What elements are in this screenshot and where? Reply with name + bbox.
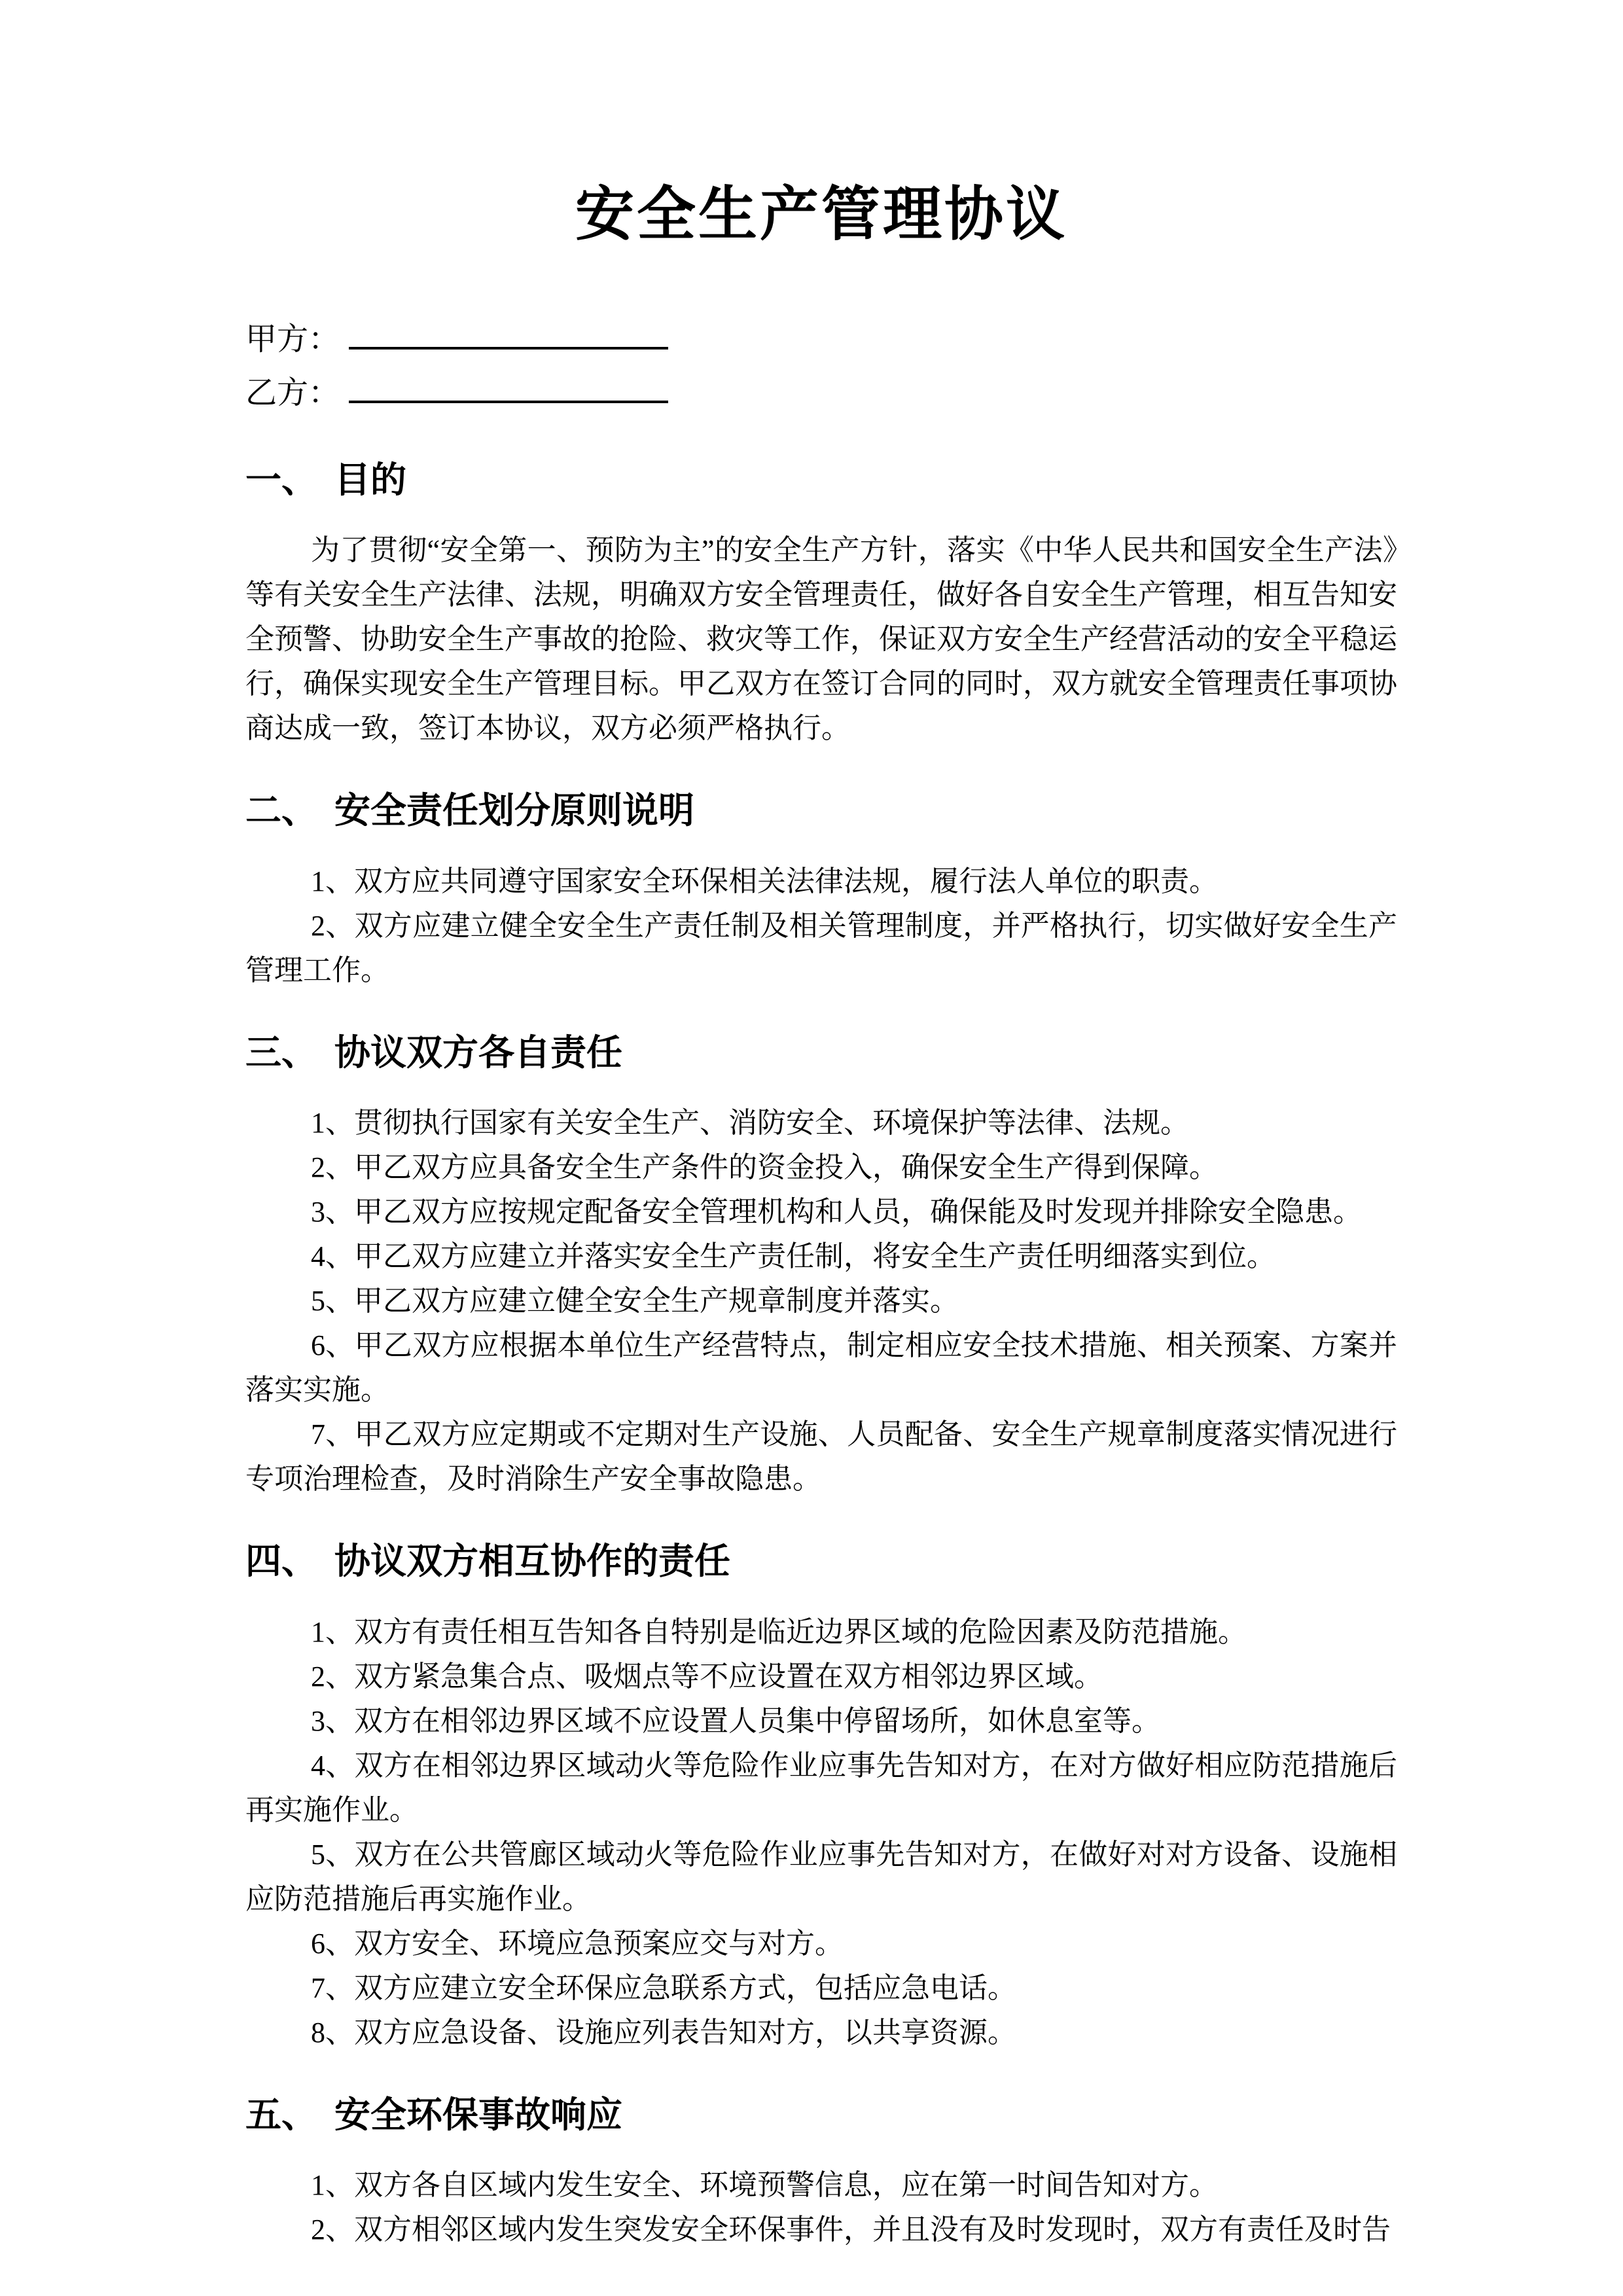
section-heading-number: 四、 bbox=[245, 1541, 317, 1581]
list-item: 2、双方应建立健全安全生产责任制及相关管理制度，并严格执行，切实做好安全生产管理… bbox=[245, 904, 1397, 993]
section-heading: 五、安全环保事故响应 bbox=[245, 2092, 1397, 2139]
section-heading-number: 三、 bbox=[245, 1033, 317, 1073]
section-heading-text: 协议双方各自责任 bbox=[334, 1033, 622, 1073]
section-heading-number: 五、 bbox=[245, 2095, 317, 2135]
party-a-row: 甲方： bbox=[245, 313, 1397, 367]
party-b-label: 乙方： bbox=[245, 367, 340, 420]
section-heading-number: 二、 bbox=[245, 791, 317, 831]
list-item: 1、双方各自区域内发生安全、环境预警信息，应在第一时间告知对方。 bbox=[245, 2163, 1397, 2208]
party-b-blank-line bbox=[349, 368, 668, 403]
list-item: 8、双方应急设备、设施应列表告知对方，以共享资源。 bbox=[245, 2011, 1397, 2055]
section-heading-text: 安全环保事故响应 bbox=[334, 2095, 622, 2135]
party-block: 甲方： 乙方： bbox=[245, 313, 1397, 420]
document-page: 安全生产管理协议 甲方： 乙方： 一、目的 为了贯彻“安全第一、预防为主”的安全… bbox=[0, 0, 1623, 2296]
list-item: 4、双方在相邻边界区域动火等危险作业应事先告知对方，在对方做好相应防范措施后再实… bbox=[245, 1744, 1397, 1833]
section-paragraph: 为了贯彻“安全第一、预防为主”的安全生产方针，落实《中华人民共和国安全生产法》等… bbox=[245, 528, 1397, 751]
list-item: 7、甲乙双方应定期或不定期对生产设施、人员配备、安全生产规章制度落实情况进行专项… bbox=[245, 1412, 1397, 1501]
list-item: 4、甲乙双方应建立并落实安全生产责任制，将安全生产责任明细落实到位。 bbox=[245, 1234, 1397, 1279]
section-heading: 三、协议双方各自责任 bbox=[245, 1030, 1397, 1077]
section-heading-text: 协议双方相互协作的责任 bbox=[334, 1541, 730, 1581]
party-a-blank-line bbox=[349, 314, 668, 350]
section-heading-number: 一、 bbox=[245, 460, 317, 500]
list-item: 1、双方有责任相互告知各自特别是临近边界区域的危险因素及防范措施。 bbox=[245, 1610, 1397, 1655]
section-heading-text: 安全责任划分原则说明 bbox=[334, 791, 694, 831]
list-item: 5、甲乙双方应建立健全安全生产规章制度并落实。 bbox=[245, 1279, 1397, 1323]
document-title: 安全生产管理协议 bbox=[245, 175, 1397, 255]
list-item: 2、双方紧急集合点、吸烟点等不应设置在双方相邻边界区域。 bbox=[245, 1655, 1397, 1699]
list-item: 6、甲乙双方应根据本单位生产经营特点，制定相应安全技术措施、相关预案、方案并落实… bbox=[245, 1323, 1397, 1412]
section-incident-response: 五、安全环保事故响应 1、双方各自区域内发生安全、环境预警信息，应在第一时间告知… bbox=[245, 2092, 1397, 2253]
section-purpose: 一、目的 为了贯彻“安全第一、预防为主”的安全生产方针，落实《中华人民共和国安全… bbox=[245, 457, 1397, 751]
section-mutual-cooperation: 四、协议双方相互协作的责任 1、双方有责任相互告知各自特别是临近边界区域的危险因… bbox=[245, 1538, 1397, 2055]
section-responsibility-division: 二、安全责任划分原则说明 1、双方应共同遵守国家安全环保相关法律法规，履行法人单… bbox=[245, 787, 1397, 993]
list-item: 3、双方在相邻边界区域不应设置人员集中停留场所，如休息室等。 bbox=[245, 1699, 1397, 1744]
list-item: 3、甲乙双方应按规定配备安全管理机构和人员，确保能及时发现并排除安全隐患。 bbox=[245, 1190, 1397, 1234]
list-item: 1、双方应共同遵守国家安全环保相关法律法规，履行法人单位的职责。 bbox=[245, 859, 1397, 904]
list-item: 6、双方安全、环境应急预案应交与对方。 bbox=[245, 1922, 1397, 1966]
list-item: 2、双方相邻区域内发生突发安全环保事件，并且没有及时发现时，双方有责任及时告 bbox=[245, 2208, 1397, 2252]
list-item: 5、双方在公共管廊区域动火等危险作业应事先告知对方，在做好对对方设备、设施相应防… bbox=[245, 1833, 1397, 1922]
list-item: 2、甲乙双方应具备安全生产条件的资金投入，确保安全生产得到保障。 bbox=[245, 1145, 1397, 1190]
list-item: 1、贯彻执行国家有关安全生产、消防安全、环境保护等法律、法规。 bbox=[245, 1101, 1397, 1145]
party-a-label: 甲方： bbox=[245, 313, 340, 367]
list-item: 7、双方应建立安全环保应急联系方式，包括应急电话。 bbox=[245, 1966, 1397, 2011]
section-heading: 一、目的 bbox=[245, 457, 1397, 504]
section-individual-responsibilities: 三、协议双方各自责任 1、贯彻执行国家有关安全生产、消防安全、环境保护等法律、法… bbox=[245, 1030, 1397, 1502]
section-heading: 四、协议双方相互协作的责任 bbox=[245, 1538, 1397, 1585]
section-heading: 二、安全责任划分原则说明 bbox=[245, 787, 1397, 834]
section-heading-text: 目的 bbox=[334, 460, 406, 500]
party-b-row: 乙方： bbox=[245, 367, 1397, 420]
